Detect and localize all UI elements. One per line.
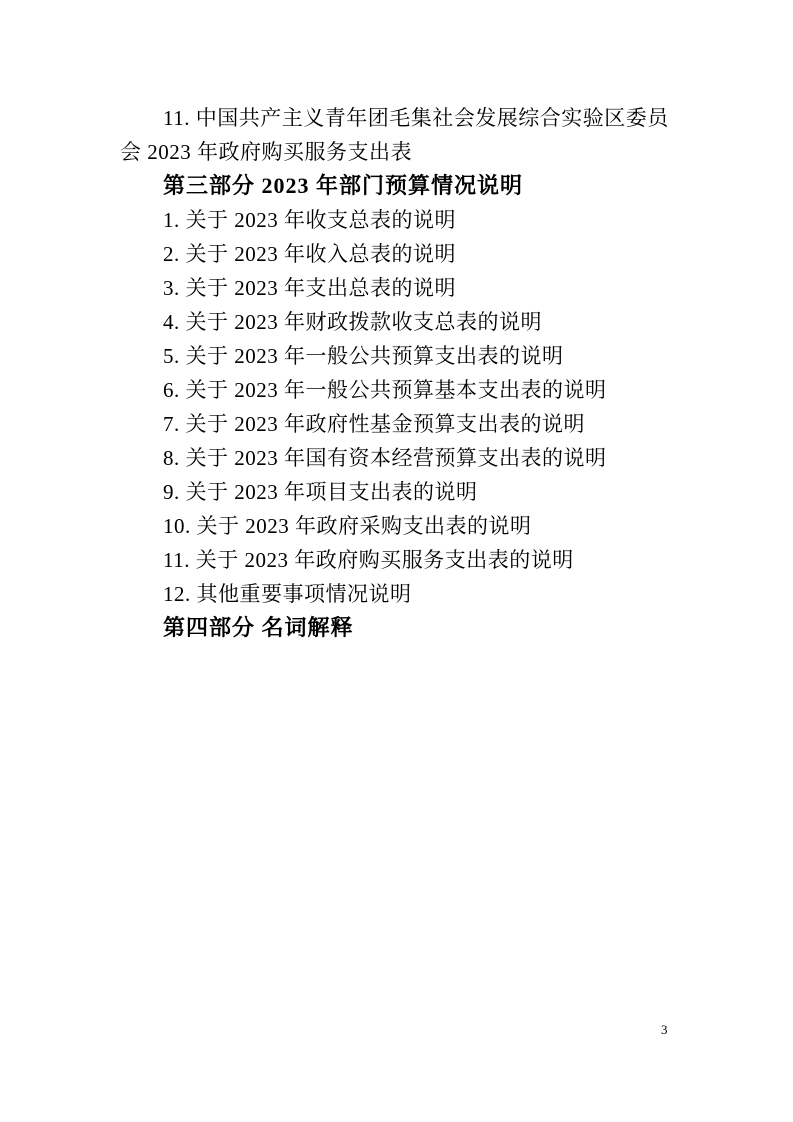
section-heading-part4: 第四部分 名词解释 bbox=[120, 611, 721, 645]
toc-item-6: 6. 关于 2023 年一般公共预算基本支出表的说明 bbox=[120, 373, 721, 407]
toc-item-2: 2. 关于 2023 年收入总表的说明 bbox=[120, 237, 721, 271]
toc-item-12: 12. 其他重要事项情况说明 bbox=[120, 577, 721, 611]
toc-item-3: 3. 关于 2023 年支出总表的说明 bbox=[120, 271, 721, 305]
toc-item-part2-11-line2: 会 2023 年政府购买服务支出表 bbox=[120, 135, 721, 169]
toc-item-8: 8. 关于 2023 年国有资本经营预算支出表的说明 bbox=[120, 441, 721, 475]
document-page: 11. 中国共产主义青年团毛集社会发展综合实验区委员 会 2023 年政府购买服… bbox=[0, 0, 793, 1122]
toc-item-10: 10. 关于 2023 年政府采购支出表的说明 bbox=[120, 509, 721, 543]
toc-item-1: 1. 关于 2023 年收支总表的说明 bbox=[120, 203, 721, 237]
toc-item-part2-11-line1: 11. 中国共产主义青年团毛集社会发展综合实验区委员 bbox=[120, 101, 721, 135]
toc-item-7: 7. 关于 2023 年政府性基金预算支出表的说明 bbox=[120, 407, 721, 441]
page-number: 3 bbox=[661, 1022, 668, 1038]
toc-item-4: 4. 关于 2023 年财政拨款收支总表的说明 bbox=[120, 305, 721, 339]
toc-item-5: 5. 关于 2023 年一般公共预算支出表的说明 bbox=[120, 339, 721, 373]
section-heading-part3: 第三部分 2023 年部门预算情况说明 bbox=[120, 169, 721, 203]
toc-item-11: 11. 关于 2023 年政府购买服务支出表的说明 bbox=[120, 543, 721, 577]
toc-item-9: 9. 关于 2023 年项目支出表的说明 bbox=[120, 475, 721, 509]
toc-body: 11. 中国共产主义青年团毛集社会发展综合实验区委员 会 2023 年政府购买服… bbox=[120, 101, 721, 645]
